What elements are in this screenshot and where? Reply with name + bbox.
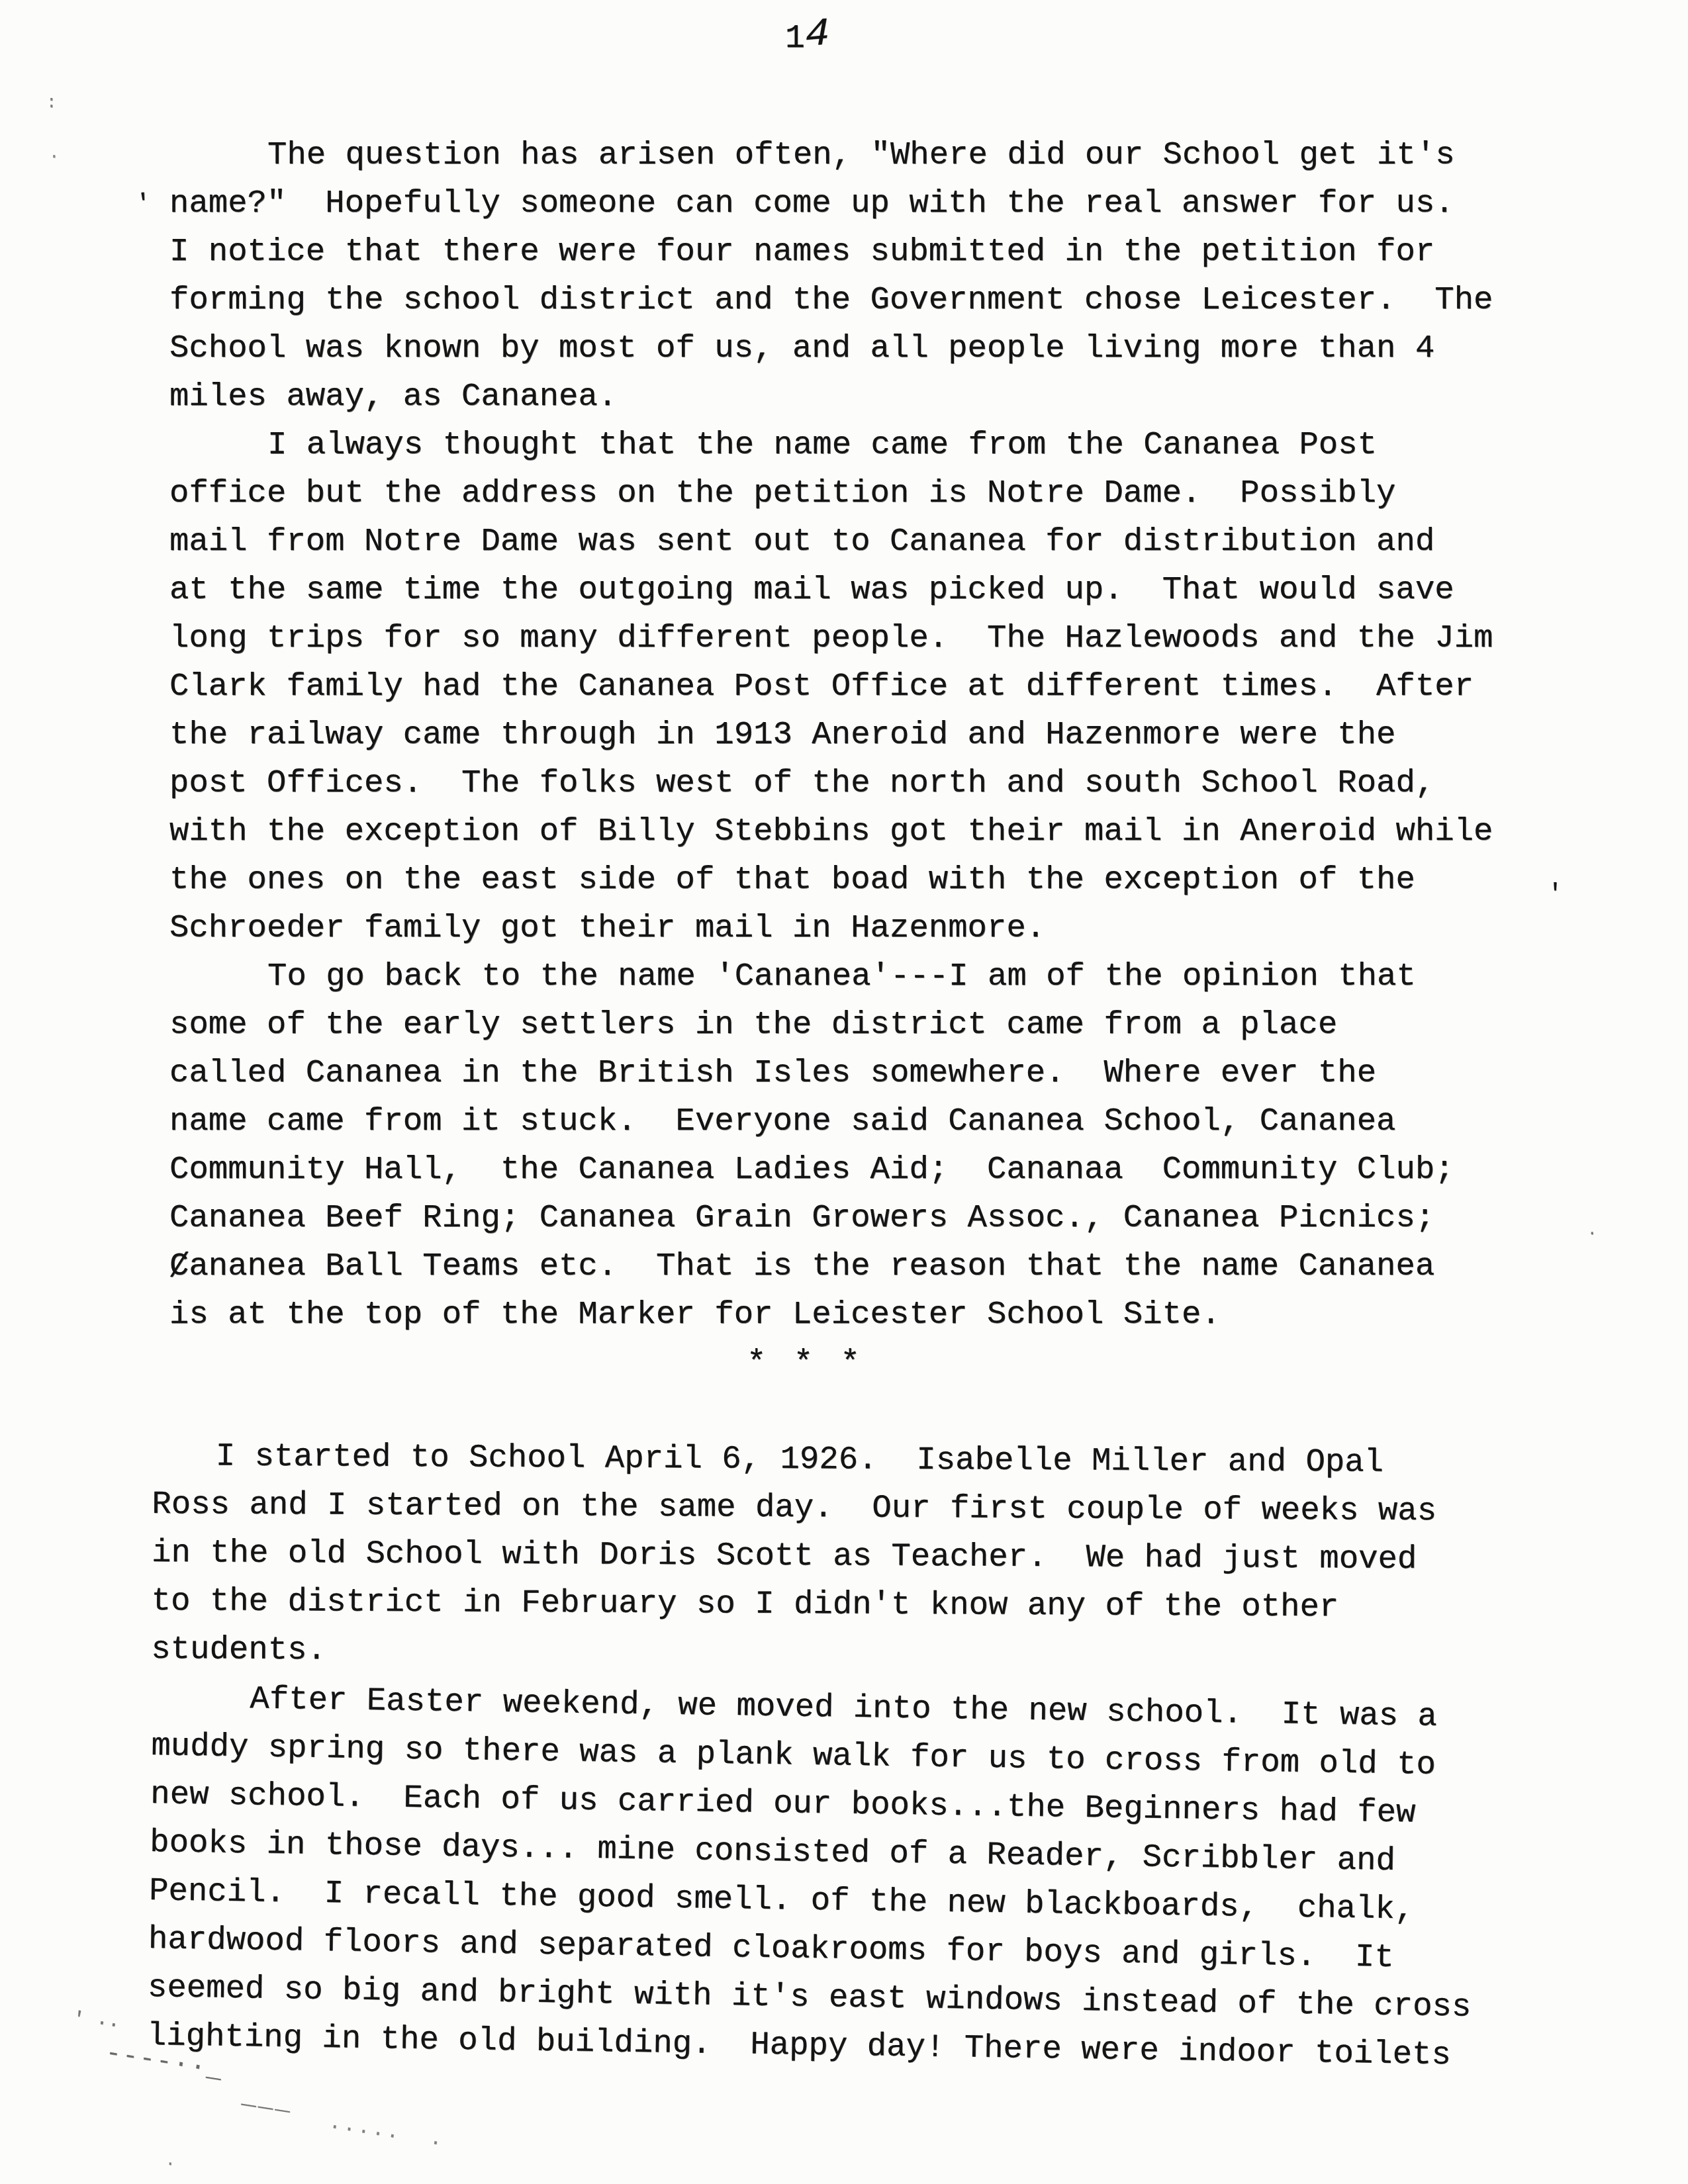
text-line: Schroeder family got their mail in Hazen… [169,904,1493,952]
section-divider: * * * [169,1339,1493,1387]
stray-ink-mark: : [46,93,57,113]
stray-ink-mark: ' [1548,880,1563,909]
stray-ink-mark: . [165,2152,175,2170]
text-line: forming the school district and the Gove… [169,276,1493,324]
text-line: name came from it stuck. Everyone said C… [169,1097,1493,1146]
text-line: School was known by most of us, and all … [169,324,1493,373]
text-line: post Offices. The folks west of the nort… [169,759,1493,807]
stray-ink-mark: . [49,143,60,163]
ink-smudge-fragment: ___ [240,2082,295,2118]
text-line: Community Hall, the Cananea Ladies Aid; … [169,1146,1493,1194]
ink-smudge-fragment: ' ·· [71,2008,121,2038]
body-text: The question has arisen often, "Where di… [169,131,1493,2060]
ink-smudge-fragment: ····· · [327,2116,445,2156]
text-line: long trips for so many different people.… [169,614,1493,662]
text-line: miles away, as Cananea. [169,373,1493,421]
text-line: is at the top of the Marker for Leiceste… [169,1291,1493,1339]
text-line: mail from Notre Dame was sent out to Can… [169,518,1493,566]
text-line: office but the address on the petition i… [169,469,1493,518]
text-line: at the same time the outgoing mail was p… [169,566,1493,614]
text-line: To go back to the name 'Cananea'---I am … [169,952,1493,1001]
text-line: students. [151,1625,1492,1681]
text-line: Ȼananea Ball Teams etc. That is the reas… [169,1242,1493,1291]
text-line: the ones on the east side of that boad w… [169,856,1493,904]
paragraph: After Easter weekend, we moved into the … [146,1674,1493,2080]
text-line: called Cananea in the British Isles some… [169,1049,1493,1097]
text-line: I notice that there were four names subm… [169,228,1493,276]
paragraph: I started to School April 6, 1926. Isabe… [151,1432,1493,1681]
paragraph: I always thought that the name came from… [169,421,1493,952]
text-line: the railway came through in 1913 Aneroid… [169,711,1493,759]
paragraph: The question has arisen often, "Where di… [169,131,1493,421]
page-number-digit-corrected: 4 [801,12,833,59]
stray-ink-mark: . [1587,1222,1597,1240]
text-line: The question has arisen often, "Where di… [169,131,1493,179]
paragraph: To go back to the name 'Cananea'---I am … [169,952,1493,1339]
text-line: Clark family had the Cananea Post Office… [169,662,1493,711]
text-line: to the district in February so I didn't … [151,1577,1492,1633]
text-line: in the old School with Doris Scott as Te… [152,1529,1493,1584]
text-line: name?" Hopefully someone can come up wit… [169,179,1493,228]
text-line: I started to School April 6, 1926. Isabe… [152,1432,1493,1488]
text-line: Ross and I started on the same day. Our … [152,1480,1493,1536]
text-line: with the exception of Billy Stebbins got… [169,807,1493,856]
text-line: I always thought that the name came from… [169,421,1493,469]
stray-ink-mark: ' [135,189,153,219]
text-line: Cananea Beef Ring; Cananea Grain Growers… [169,1194,1493,1242]
scanned-document-page: 14 ' : . ' . . The question has arisen o… [0,0,1688,2184]
page-number: 14 [785,15,829,60]
text-line: some of the early settlers in the distri… [169,1001,1493,1049]
